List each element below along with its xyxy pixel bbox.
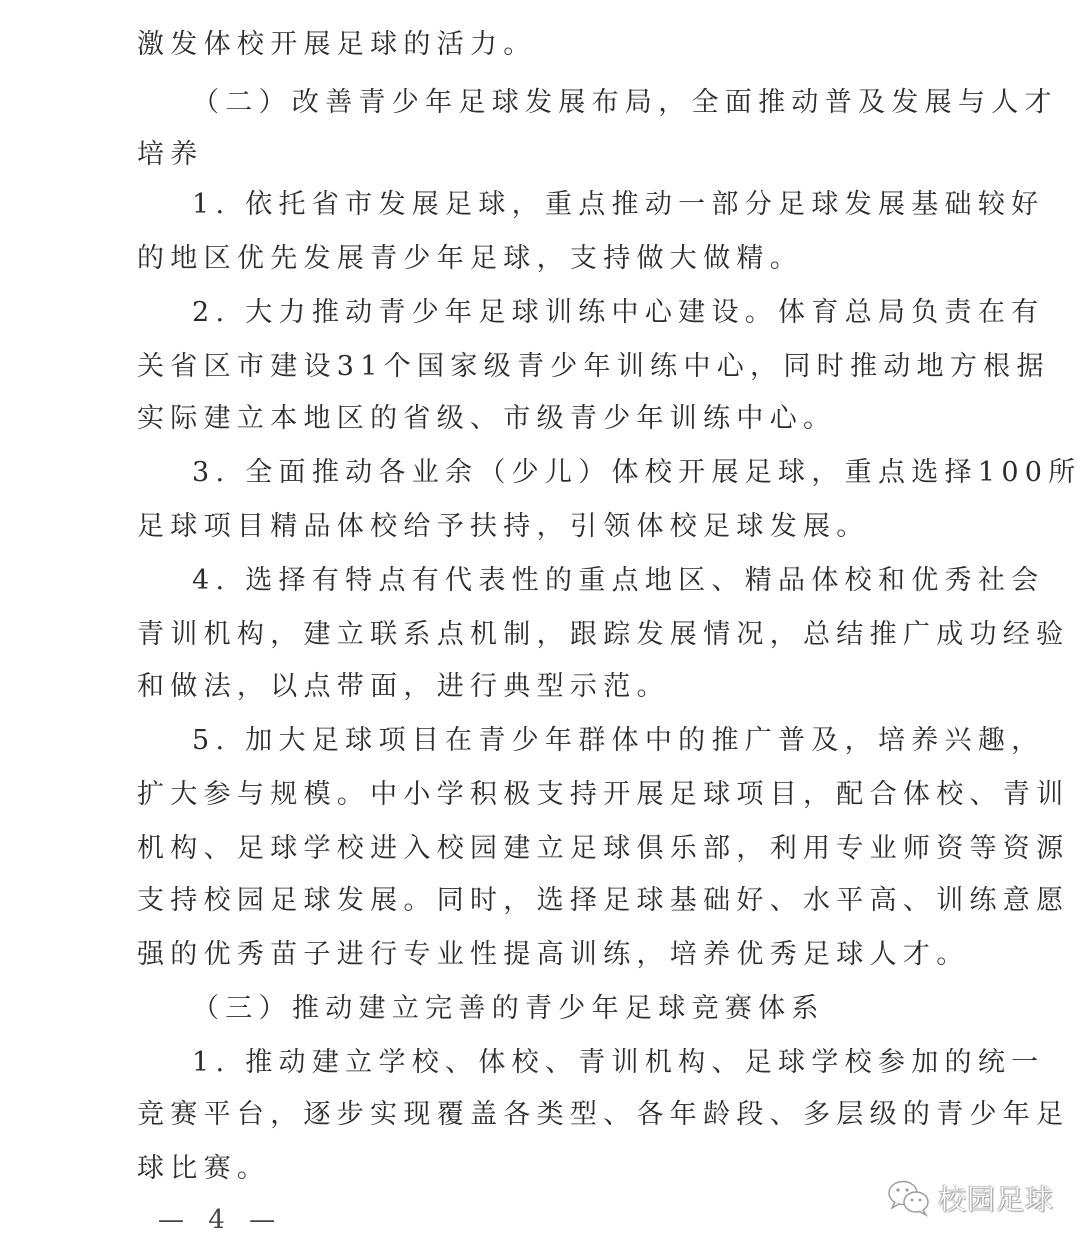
section-heading-2: （二）改善青少年足球发展布局，全面推动普及发展与人才 [192, 86, 1058, 120]
item-1-paragraph: 1. 依托省市发展足球，重点推动一部分足球发展基础较好 [192, 188, 1044, 222]
text-line: 机构、足球学校进入校园建立足球俱乐部，利用专业师资等资源 [137, 832, 1069, 866]
text-line: 扩大参与规模。中小学积极支持开展足球项目，配合体校、青训 [137, 778, 1069, 812]
text-line: 足球项目精品体校给予扶持，引领体校足球发展。 [137, 510, 870, 544]
text-line: 培养 [137, 138, 204, 172]
text-line: 的地区优先发展青少年足球，支持做大做精。 [137, 242, 803, 276]
text-line: 实际建立本地区的省级、市级青少年训练中心。 [137, 402, 836, 436]
text-line: 和做法，以点带面，进行典型示范。 [137, 670, 670, 704]
text-line: 关省区市建设31个国家级青少年训练中心，同时推动地方根据 [137, 350, 1050, 384]
item-1-paragraph: 1. 推动建立学校、体校、青训机构、足球学校参加的统一 [192, 1046, 1044, 1080]
text-line: 激发体校开展足球的活力。 [137, 28, 537, 62]
text-line: 球比赛。 [137, 1152, 270, 1186]
page-number: — 4 — [158, 1203, 283, 1237]
text-line: 支持校园足球发展。同时，选择足球基础好、水平高、训练意愿 [137, 884, 1069, 918]
item-5-paragraph: 5. 加大足球项目在青少年群体中的推广普及，培养兴趣， [192, 724, 1044, 758]
text-line: 强的优秀苗子进行专业性提高训练，培养优秀足球人才。 [137, 938, 970, 972]
item-4-paragraph: 4. 选择有特点有代表性的重点地区、精品体校和优秀社会 [192, 564, 1044, 598]
wechat-icon [886, 1178, 932, 1218]
item-2-paragraph: 2. 大力推动青少年足球训练中心建设。体育总局负责在有 [192, 296, 1044, 330]
section-heading-3: （三）推动建立完善的青少年足球竞赛体系 [192, 992, 825, 1026]
text-line: 青训机构，建立联系点机制，跟踪发展情况，总结推广成功经验 [137, 618, 1069, 652]
watermark: 校园足球 [886, 1178, 1054, 1218]
document-page: 激发体校开展足球的活力。 （二）改善青少年足球发展布局，全面推动普及发展与人才 … [0, 0, 1080, 1252]
text-line: 竞赛平台，逐步实现覆盖各类型、各年龄段、多层级的青少年足 [137, 1098, 1069, 1132]
watermark-text: 校园足球 [938, 1178, 1054, 1218]
item-3-paragraph: 3. 全面推动各业余（少儿）体校开展足球，重点选择100所 [192, 456, 1080, 490]
